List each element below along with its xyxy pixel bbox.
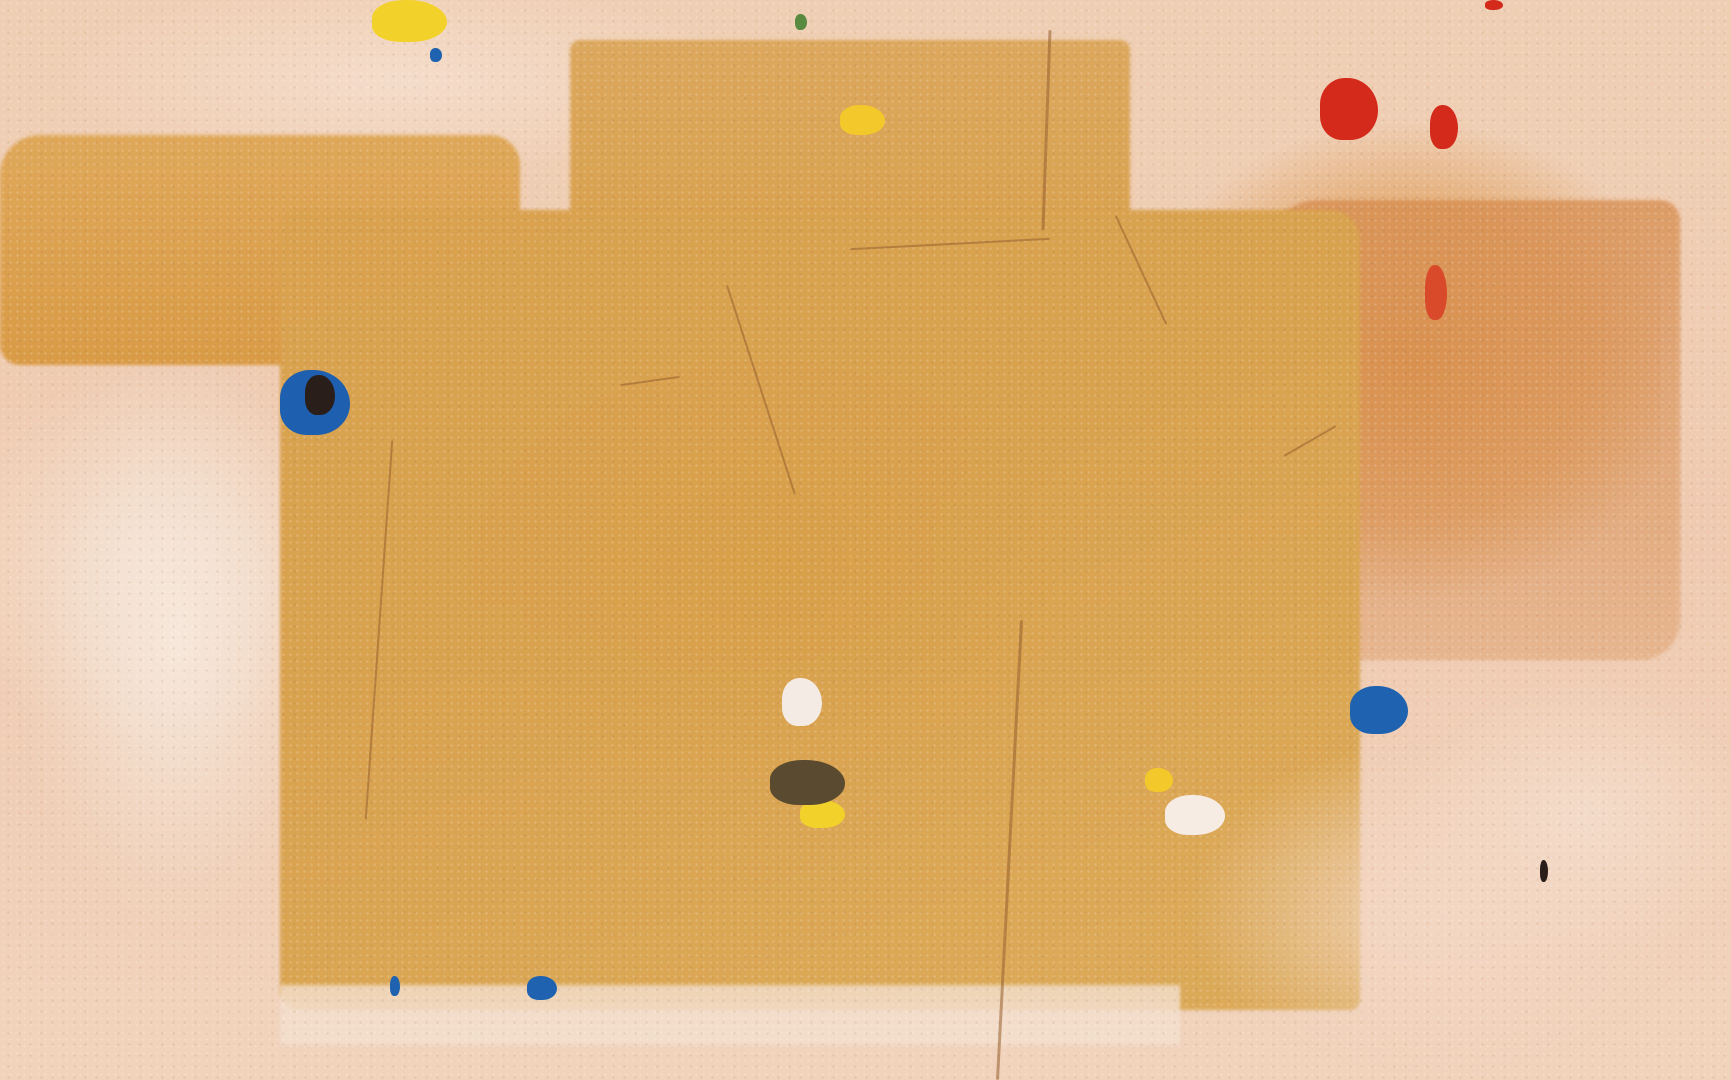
red-fleck-top-right [1485,0,1503,10]
red-fleck-mid [1425,265,1447,320]
white-chip-right [1165,795,1225,835]
blue-fleck-bottom [527,976,557,1000]
blue-fleck-top [430,48,442,62]
blue-fleck-bottom-small [390,976,400,996]
green-fleck-top [795,14,807,30]
blue-fleck-right [1350,686,1408,734]
texture-grain [0,0,1731,1080]
red-fleck-right [1430,105,1458,149]
dark-smudge-left [305,375,335,415]
yellow-fleck-right [1145,768,1173,792]
yellow-fleck-upper [840,105,885,135]
dark-smudge-center [770,760,845,805]
white-chip-center [782,678,822,726]
abstract-painting [0,0,1731,1080]
yellow-fleck-top [372,0,447,42]
red-fleck-large [1320,78,1378,140]
dark-fleck-lower-right [1540,860,1548,882]
